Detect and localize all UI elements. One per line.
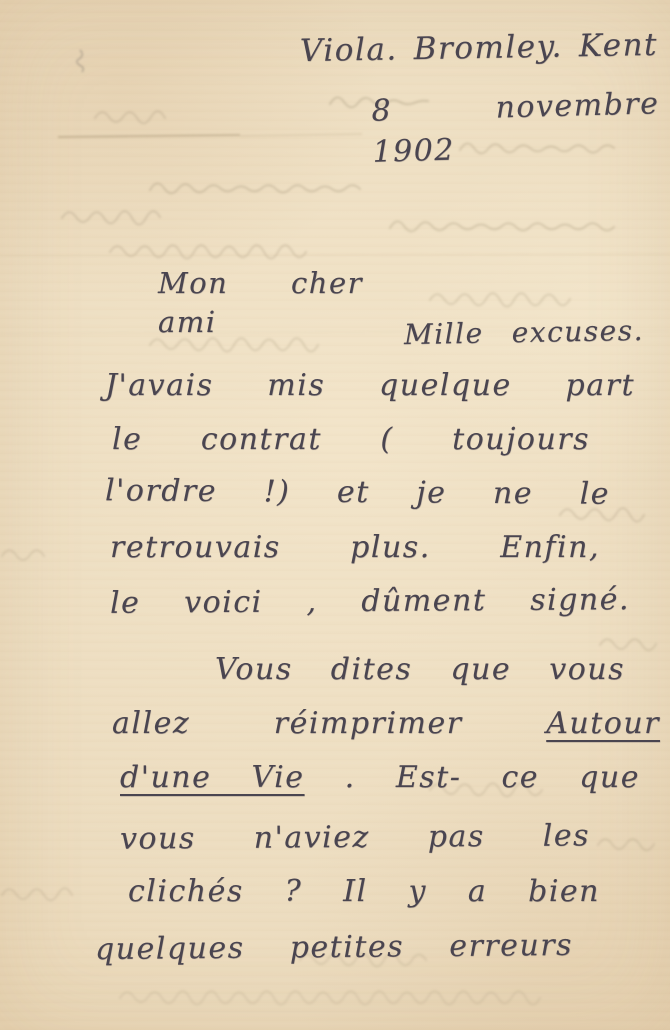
body-line-5: le voici , dûment signé. — [110, 580, 630, 624]
body-line-11: quelques petites erreurs — [95, 926, 573, 971]
body-line-9: vous n'aviez pas les — [120, 816, 590, 860]
letter-date: 8 novembre 1902 — [371, 84, 661, 173]
body-line-8-text: . Est- ce que — [305, 760, 641, 795]
body-line-1: J'avais mis quelque part — [105, 366, 635, 407]
underlined-title-dune-vie: d'une Vie — [120, 760, 305, 795]
salutation: Mon cher ami — [158, 264, 363, 342]
body-line-4: retrouvais plus. Enfin, — [110, 528, 600, 569]
body-line-7: allez réimprimer Autour — [112, 704, 660, 745]
underlined-title-autour: Autour — [546, 706, 660, 741]
body-line-8: d'une Vie . Est- ce que — [120, 758, 640, 799]
body-line-10: clichés ? Il y a bien — [128, 872, 600, 913]
body-line-3: l'ordre !) et je ne le — [105, 471, 610, 515]
opening-phrase: Mille excuses. — [404, 312, 645, 354]
letter-location: Viola. Bromley. Kent — [300, 25, 659, 73]
faint-pencil-mark — [77, 50, 83, 72]
letter-page: Viola. Bromley. Kent 8 novembre 1902 Mon… — [0, 0, 670, 1030]
body-line-7-text: allez réimprimer — [112, 706, 546, 741]
body-line-6: Vous dites que vous — [215, 650, 625, 691]
body-line-2: le contrat ( toujours — [112, 420, 590, 461]
